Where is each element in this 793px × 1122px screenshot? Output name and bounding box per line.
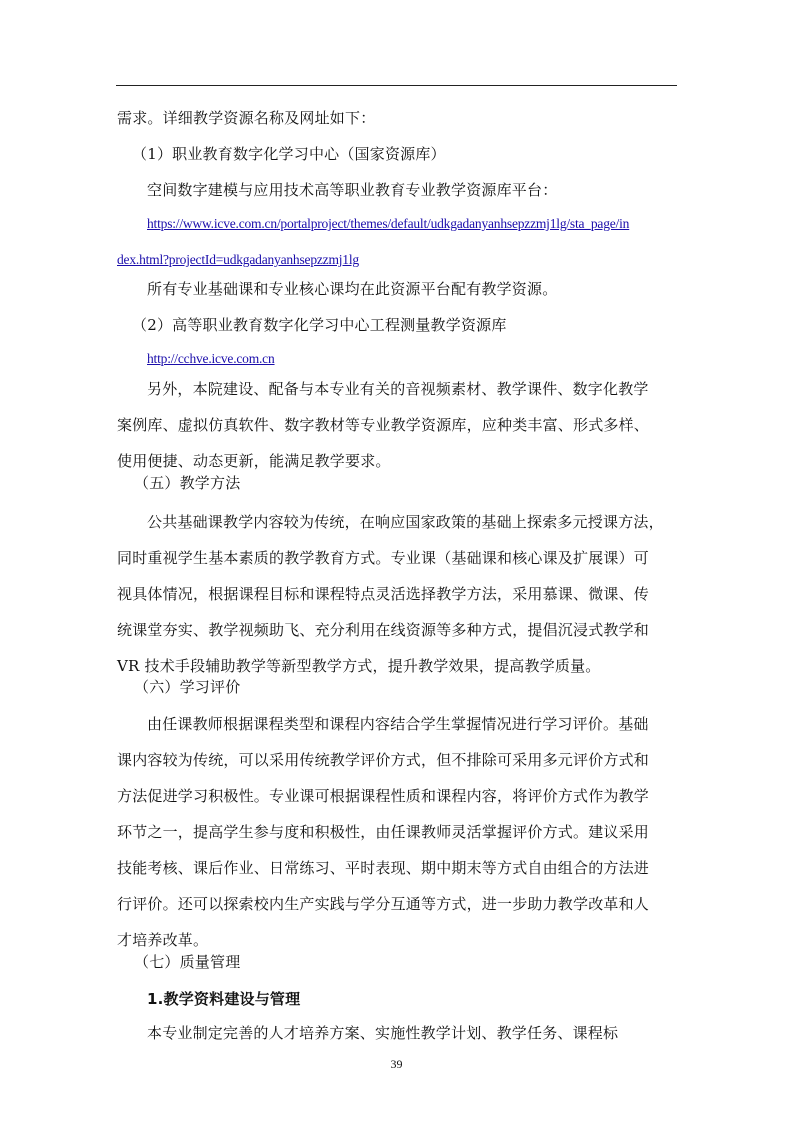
text-line: 由任课教师根据课程类型和课程内容结合学生掌握情况进行学习评价。基础 <box>147 713 649 734</box>
text-line: 需求。详细教学资源名称及网址如下： <box>117 107 375 128</box>
list-item-2: （2）高等职业教育数字化学习中心工程测量教学资源库 <box>132 314 507 335</box>
header-rule <box>116 85 677 86</box>
section-heading-5: （五）教学方法 <box>134 472 240 493</box>
text-line: 案例库、虚拟仿真软件、数字教材等专业教学资源库，应种类丰富、形式多样、 <box>117 414 649 435</box>
list-item-1: （1）职业教育数字化学习中心（国家资源库） <box>132 143 446 164</box>
text-line: 统课堂夯实、教学视频助飞、充分利用在线资源等多种方式，提倡沉浸式教学和 <box>117 619 649 640</box>
text-line: 技能考核、课后作业、日常练习、平时表现、期中期末等方式自由组合的方法进 <box>117 857 649 878</box>
text-line: 同时重视学生基本素质的教学教育方式。专业课（基础课和核心课及扩展课）可 <box>117 547 649 568</box>
text-line: 另外，本院建设、配备与本专业有关的音视频素材、教学课件、数字化教学 <box>147 378 649 399</box>
section-heading-7: （七）质量管理 <box>134 951 240 972</box>
text-line: VR 技术手段辅助教学等新型教学方式，提升教学效果，提高教学质量。 <box>117 655 601 676</box>
text-line: 使用便捷、动态更新，能满足教学要求。 <box>117 450 391 471</box>
resource-link-2[interactable]: http://cchve.icve.com.cn <box>147 351 275 367</box>
page-number: 39 <box>0 1057 793 1072</box>
text-line: 空间数字建模与应用技术高等职业教育专业教学资源库平台： <box>147 179 557 200</box>
resource-link-1[interactable]: https://www.icve.com.cn/portalproject/th… <box>147 216 629 232</box>
text-line: 本专业制定完善的人才培养方案、实施性教学计划、教学任务、课程标 <box>147 1022 618 1043</box>
section-heading-6: （六）学习评价 <box>134 676 240 697</box>
resource-link-1-cont[interactable]: dex.html?projectId=udkgadanyanhsepzzmj1l… <box>117 252 359 268</box>
subsection-heading: 1.教学资料建设与管理 <box>147 988 300 1009</box>
text-line: 视具体情况，根据课程目标和课程特点灵活选择教学方法，采用慕课、微课、传 <box>117 583 649 604</box>
text-line: 公共基础课教学内容较为传统，在响应国家政策的基础上探索多元授课方法， <box>147 511 664 532</box>
text-line: 环节之一，提高学生参与度和积极性，由任课教师灵活掌握评价方式。建议采用 <box>117 821 649 842</box>
text-line: 行评价。还可以探索校内生产实践与学分互通等方式，进一步助力教学改革和人 <box>117 893 649 914</box>
text-line: 方法促进学习积极性。专业课可根据课程性质和课程内容，将评价方式作为教学 <box>117 785 649 806</box>
text-line: 所有专业基础课和专业核心课均在此资源平台配有教学资源。 <box>147 278 557 299</box>
text-line: 才培养改革。 <box>117 929 208 950</box>
text-line: 课内容较为传统，可以采用传统教学评价方式，但不排除可采用多元评价方式和 <box>117 749 649 770</box>
